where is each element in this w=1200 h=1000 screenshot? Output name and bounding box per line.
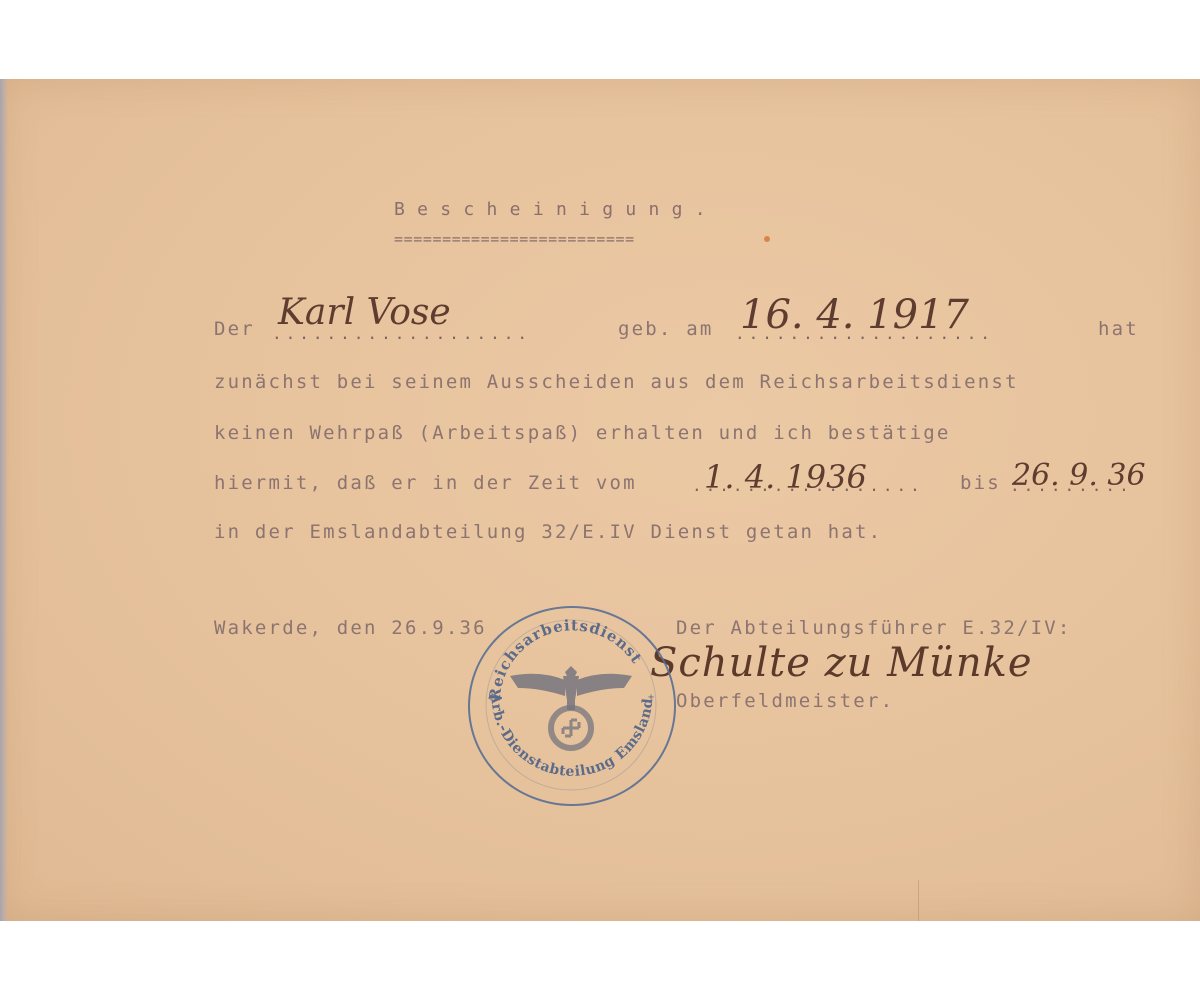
signatory-rank: Oberfeldmeister. [676, 690, 894, 712]
line3-text: keinen Wehrpaß (Arbeitspaß) erhalten und… [214, 422, 951, 444]
line1-prefix: Der [214, 318, 255, 340]
stamp-graphic: Reichsarbeitsdienst Arb.-Dienstabteilung… [470, 608, 673, 803]
signatory-title: Der Abteilungsführer E.32/IV: [676, 617, 1072, 639]
line4-mid: bis [960, 472, 1001, 494]
svg-text:+: + [648, 692, 654, 703]
line1-suffix: hat [1098, 318, 1139, 340]
title-underline: ========================= [394, 230, 635, 248]
paper-edge [0, 79, 8, 921]
handwritten-signature: Schulte zu Münke [650, 640, 1033, 686]
line4-prefix: hiermit, daß er in der Zeit vom [214, 472, 637, 494]
eagle-icon [510, 666, 632, 710]
document-title: Bescheinigung. [394, 199, 718, 220]
handwritten-birthdate: 16. 4. 1917 [740, 292, 969, 338]
line5-text: in der Emslandabteilung 32/E.IV Dienst g… [214, 521, 882, 543]
place-date: Wakerde, den 26.9.36 [214, 617, 487, 639]
svg-text:+: + [488, 693, 494, 704]
line1-mid: geb. am [618, 318, 713, 340]
handwritten-to-date: 26. 9. 36 [1012, 458, 1146, 493]
ink-spot [764, 236, 770, 242]
paper-crease [918, 880, 919, 921]
official-stamp: Reichsarbeitsdienst Arb.-Dienstabteilung… [468, 606, 676, 806]
line2-text: zunächst bei seinem Ausscheiden aus dem … [214, 371, 1019, 393]
handwritten-name: Karl Vose [278, 292, 451, 333]
handwritten-from-date: 1. 4. 1936 [704, 458, 867, 496]
